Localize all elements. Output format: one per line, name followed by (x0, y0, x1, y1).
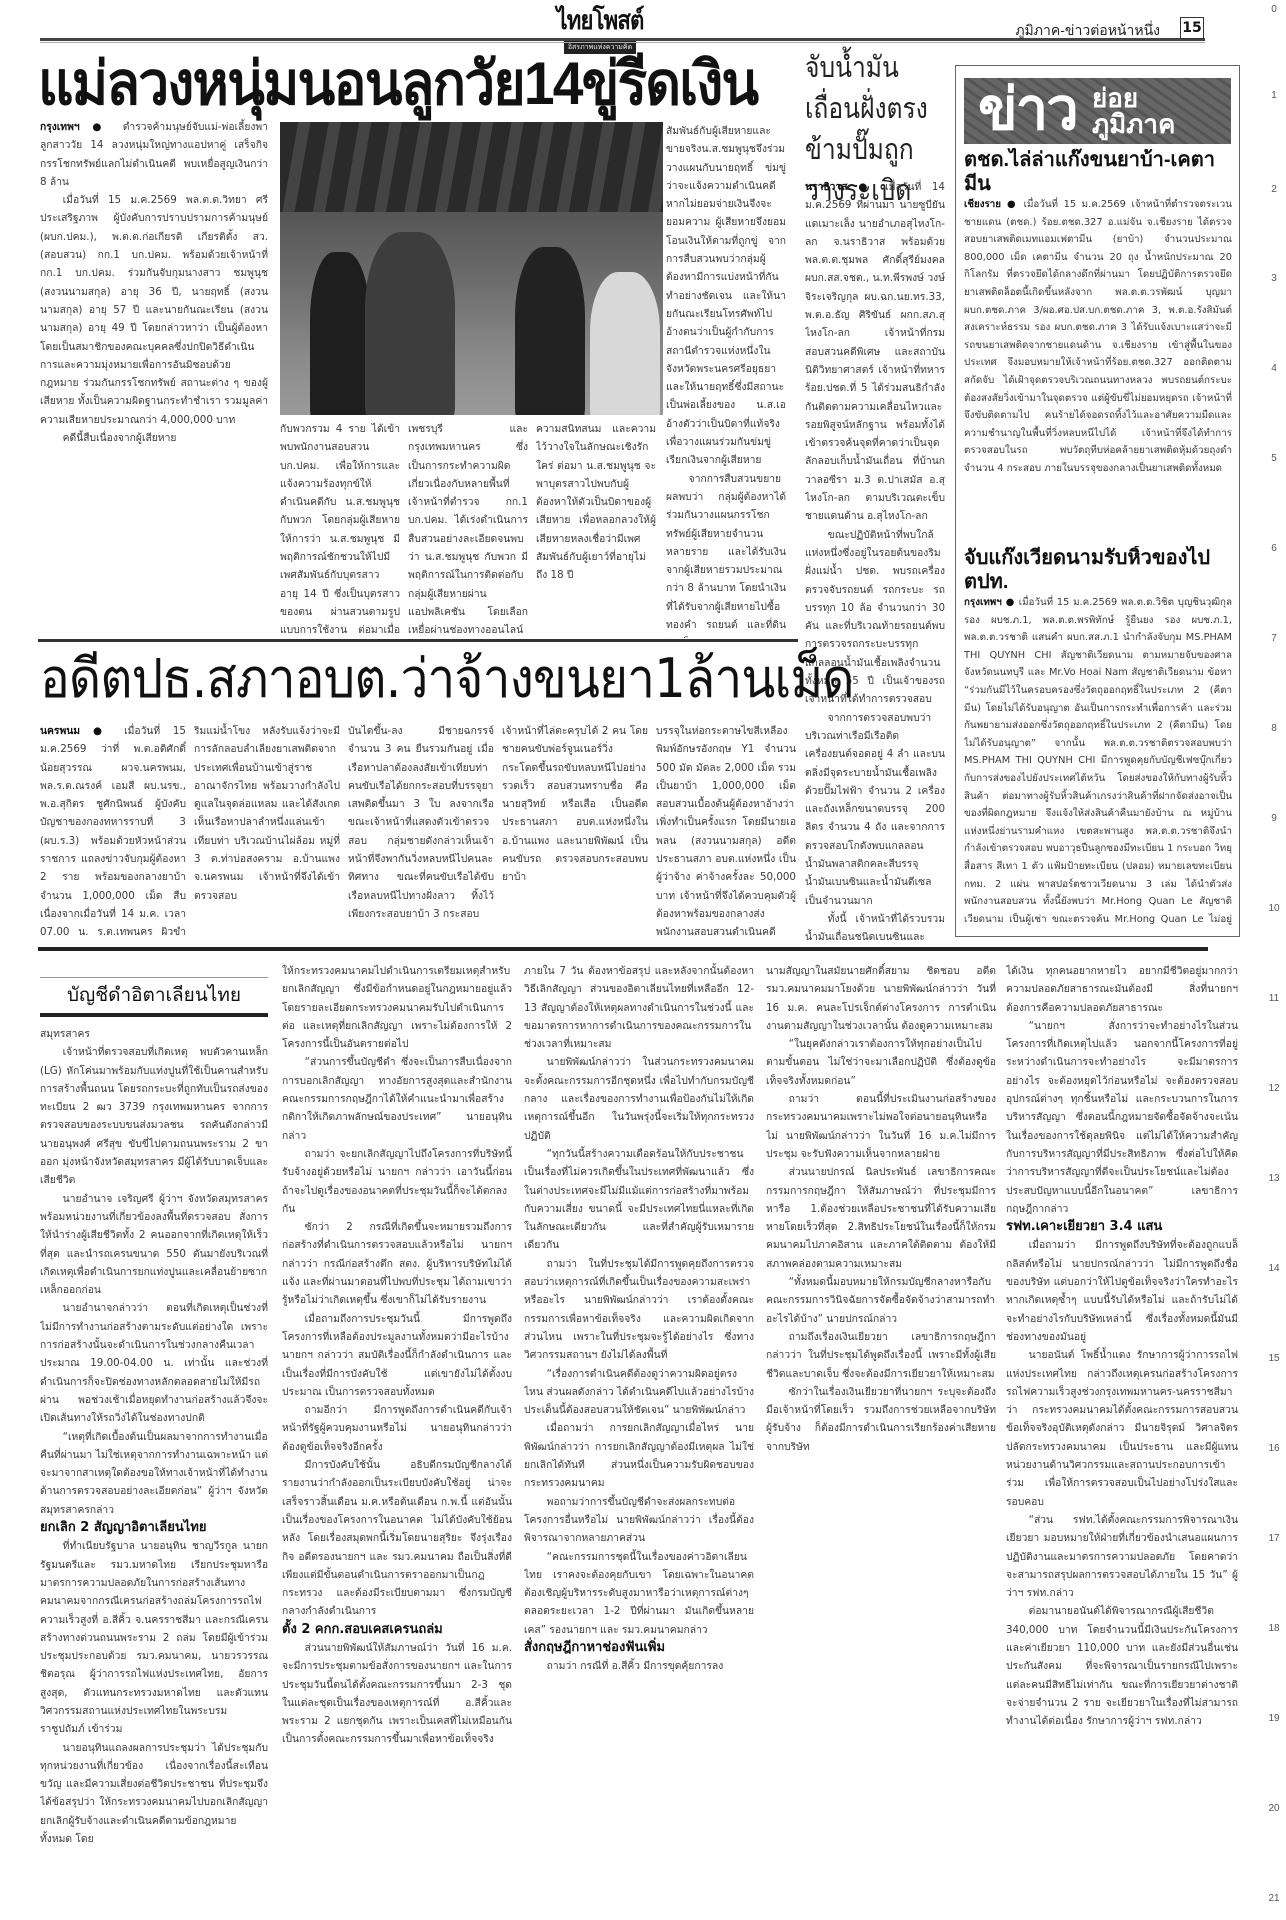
body-text: เมื่อวันที่ 15 ม.ค.2569 พล.ต.ต.วิทยา ศรี… (40, 191, 268, 429)
masthead: ไทยโพสต์ อิสรภาพแห่งความคิด ภูมิภาค-ข่าว… (0, 0, 1286, 48)
story3-column-3: บันไดขึ้น-ลง มีชายฉกรรจ์ จำนวน 3 คน ยืนร… (348, 722, 494, 944)
subheading: ยกเลิก 2 สัญญาอิตาเลียนไทย (40, 1519, 268, 1537)
story4-column-4: นามสัญญาในสมัยนายศักดิ์สยาม ชิดชอบ อดีต … (766, 962, 996, 1915)
gutter-number: 16 (1264, 1443, 1284, 1454)
gutter-number: 0 (1264, 4, 1284, 15)
gutter-number: 15 (1264, 1353, 1284, 1364)
subheading: รฟท.เคาะเยียวยา 3.4 แสน (1006, 1218, 1238, 1236)
gutter-number: 8 (1264, 723, 1284, 734)
headline-main: แม่ลวงหนุ่มนอนลูกวัย14ขู่รีดเงิน (38, 54, 757, 114)
story4-column-5: ได้เงิน ทุกคนอยากหายไว อยากมีชีวิตอยู่มา… (1006, 962, 1238, 1915)
gutter-number: 6 (1264, 543, 1284, 554)
story1-column-1: กรุงเทพฯ ● ตำรวจค้ามนุษย์จับแม่-พ่อเลี้ย… (40, 118, 268, 638)
story4-column-1: สมุทรสาคร เจ้าหน้าที่ตรวจสอบที่เกิดเหตุ … (40, 1025, 268, 1915)
gutter-number: 20 (1264, 1803, 1284, 1814)
gutter-number: 3 (1264, 273, 1284, 284)
story3-column-1: นครพนม ● เมื่อวันที่ 15 ม.ค.2569 ว่าที่ … (40, 722, 186, 944)
column-title: บัญชีดำอิตาเลียนไทย (40, 977, 268, 1017)
newspaper-logo: ไทยโพสต์ อิสรภาพแห่งความคิด (540, 6, 660, 54)
gutter-number: 19 (1264, 1713, 1284, 1724)
gutter-number: 12 (1264, 1083, 1284, 1094)
brief-headline-2: จับแก๊งเวียดนามรับหิ้วของไปตปท. (964, 546, 1232, 594)
brief-item-2: จับแก๊งเวียดนามรับหิ้วของไปตปท. กรุงเทพฯ… (964, 546, 1232, 931)
regional-briefs-banner: ข่าว ย่อย ภูมิภาค (964, 78, 1231, 144)
story1-column-2: กับพวกรวม 4 ราย ได้เข้าพบพนักงานสอบสวน บ… (280, 420, 400, 638)
gutter-number: 4 (1264, 363, 1284, 374)
story1-column-5: สัมพันธ์กับผู้เสียหายและขายจริงน.ส.ชมพูน… (666, 122, 786, 638)
page-number: 15 (1180, 17, 1204, 39)
news-photo-police-arrest (280, 122, 663, 415)
dateline: นราธิวาส ● (805, 181, 875, 193)
subheading: สั่งกฤษฎีกาหาช่องฟันเพิ่ม (524, 1639, 754, 1657)
gutter-number: 18 (1264, 1623, 1284, 1634)
brief-headline-1: ตชด.ไล่ล่าแก๊งขนยาบ้า-เคตามีน (964, 148, 1232, 196)
story1-column-4: ความสนิทสนม และความไว้วางใจในลักษณะเชิงร… (536, 420, 656, 638)
gutter-number: 13 (1264, 1173, 1284, 1184)
headline-drug-transport: อดีตปธ.สภาอบต.ว่าจ้างขนยา1ล้านเม็ด (40, 652, 854, 706)
gutter-number: 1 (1264, 90, 1284, 101)
gutter-number: 21 (1264, 1893, 1284, 1904)
story2-column: นราธิวาส ● เมื่อวันที่ 14 ม.ค.2569 ที่ผ่… (805, 178, 945, 946)
regional-briefs-box: ข่าว ย่อย ภูมิภาค ตชด.ไล่ล่าแก๊งขนยาบ้า-… (955, 65, 1240, 937)
story1-column-3: เพชรบุรี และกรุงเทพมหานคร ซึ่งเป็นการกระ… (408, 420, 528, 638)
header-rule-thin (40, 42, 1205, 43)
story3-column-5: บรรจุในห่อกระดาษไขสีเหลือง พิมพ์อักษรอัง… (656, 722, 796, 944)
gutter-number: 11 (1264, 993, 1284, 1004)
section-divider (38, 639, 798, 642)
gutter-number: 5 (1264, 453, 1284, 464)
gutter-number: 14 (1264, 1263, 1284, 1274)
gutter-number: 2 (1264, 184, 1284, 195)
gutter-number: 9 (1264, 813, 1284, 824)
body-text: คดีนี้สืบเนื่องจากผู้เสียหาย (40, 429, 268, 447)
story3-column-2: ริมแม่น้ำโขง หลังรับแจ้งว่าจะมีการลักลอบ… (194, 722, 340, 944)
story4-column-2: ให้กระทรวงคมนาคมไปดำเนินการเตรียมเหตุสำห… (282, 962, 512, 1915)
brief-item-1: ตชด.ไล่ล่าแก๊งขนยาบ้า-เคตามีน เชียงราย ●… (964, 148, 1232, 543)
gutter-number: 17 (1264, 1533, 1284, 1544)
section-divider-lower (38, 947, 1208, 951)
section-label: ภูมิภาค-ข่าวต่อหน้าหนึ่ง (1015, 20, 1160, 42)
gutter-number: 7 (1264, 633, 1284, 644)
dateline: กรุงเทพฯ ● (40, 121, 110, 133)
dateline: สมุทรสาคร (40, 1025, 268, 1043)
story4-column-3: ภายใน 7 วัน ต้องหาข้อสรุป และหลังจากนั้น… (524, 962, 754, 1915)
gutter-number: 10 (1264, 903, 1284, 914)
subheading: ตั้ง 2 คกก.สอบเคสเครนถล่ม (282, 1621, 512, 1639)
story3-column-4: เจ้าหน้าที่ไล่ตะครุบได้ 2 คน โดยชายคนขับ… (502, 722, 648, 944)
